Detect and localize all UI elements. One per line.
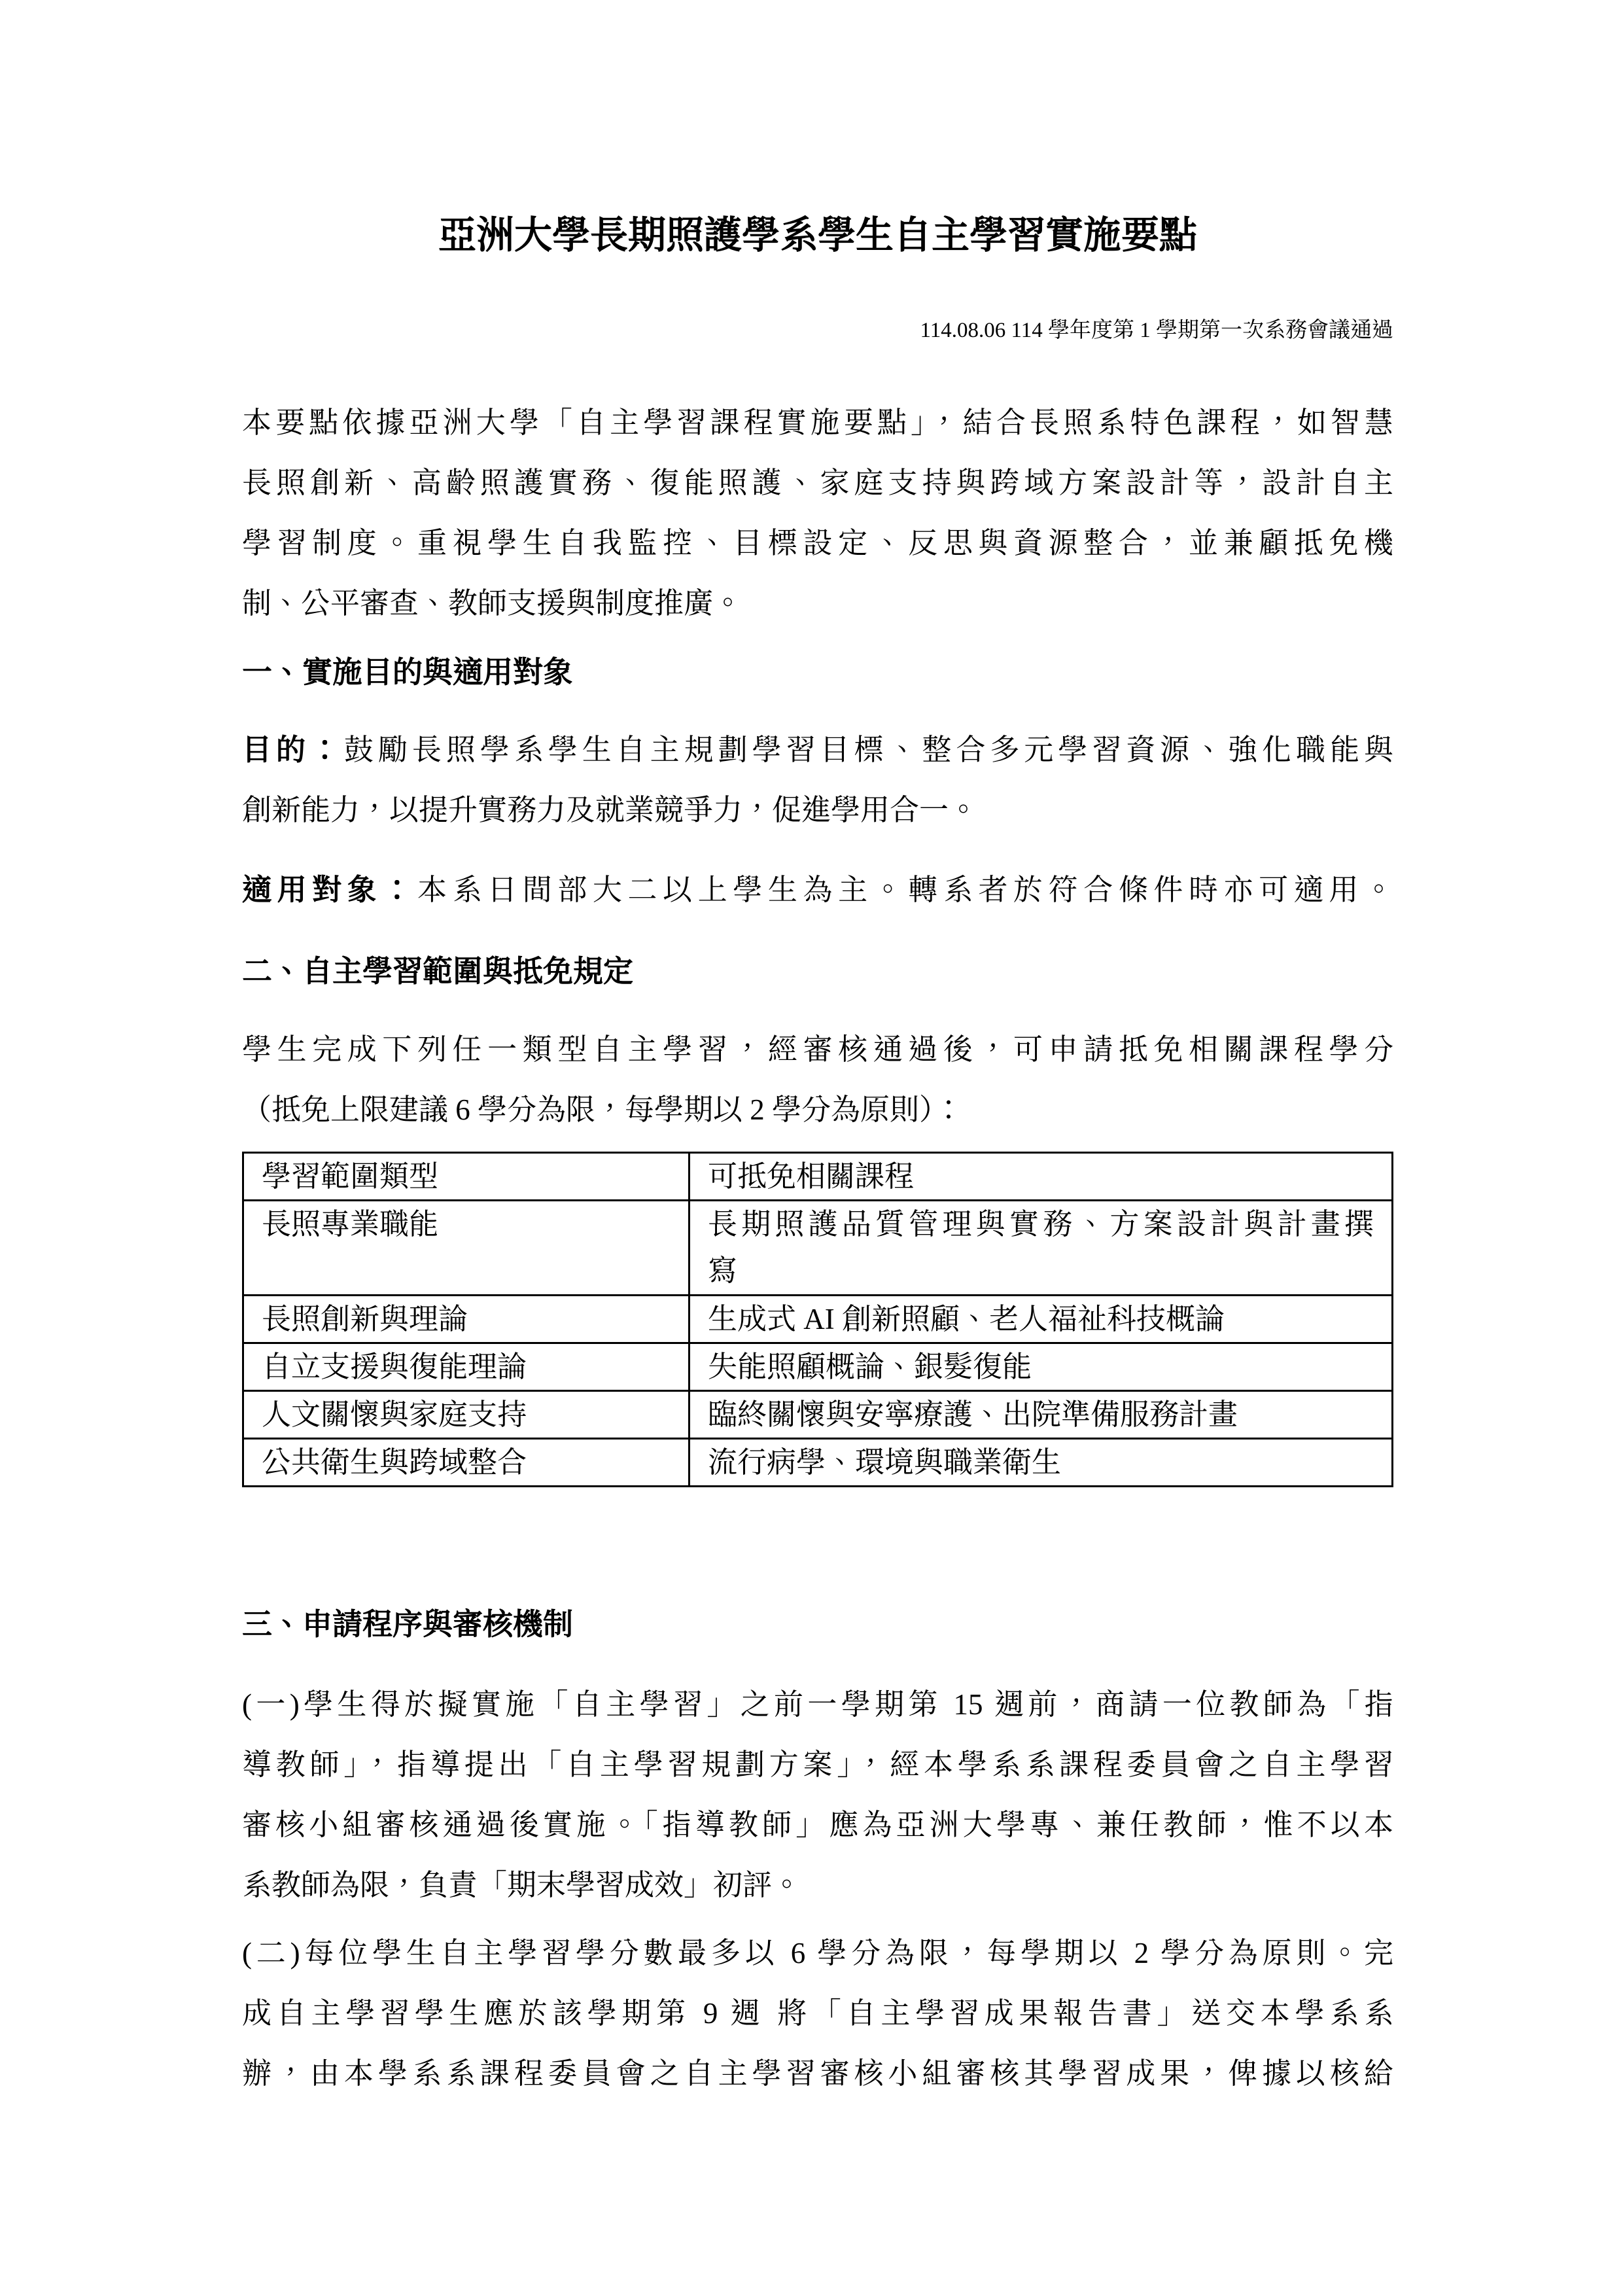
cell-type: 長照創新與理論 bbox=[243, 1296, 689, 1343]
table-row: 長照創新與理論 生成式 AI 創新照顧、老人福祉科技概論 bbox=[243, 1296, 1393, 1343]
cell-courses: 流行病學、環境與職業衛生 bbox=[689, 1439, 1393, 1487]
intro-paragraph: 本要點依據亞洲大學「自主學習課程實施要點」，結合長照系特色課程，如智慧 長照創新… bbox=[242, 393, 1393, 633]
cell-courses: 失能照顧概論、銀髮復能 bbox=[689, 1343, 1393, 1391]
purpose-label: 目的： bbox=[242, 733, 344, 766]
procedure-2-line-2: 成自主學習學生應於該學期第 9 週 將「自主學習成果報告書」送交本學系系 bbox=[242, 1983, 1393, 2043]
intro-line-1: 本要點依據亞洲大學「自主學習課程實施要點」，結合長照系特色課程，如智慧 bbox=[242, 393, 1393, 453]
scope-line-2: （抵免上限建議 6 學分為限，每學期以 2 學分為原則）： bbox=[242, 1080, 1393, 1140]
cell-type: 人文關懷與家庭支持 bbox=[243, 1391, 689, 1439]
section-1-heading: 一、實施目的與適用對象 bbox=[242, 653, 1393, 692]
procedure-paragraph-2: (二)每位學生自主學習學分數最多以 6 學分為限，每學期以 2 學分為原則。完 … bbox=[242, 1923, 1393, 2104]
cell-type: 公共衛生與跨域整合 bbox=[243, 1439, 689, 1487]
purpose-line-1: 目的：鼓勵長照學系學生自主規劃學習目標、整合多元學習資源、強化職能與 bbox=[242, 720, 1393, 780]
purpose-line-2: 創新能力，以提升實務力及就業競爭力，促進學用合一。 bbox=[242, 780, 1393, 840]
header-cell-type: 學習範圍類型 bbox=[243, 1153, 689, 1201]
table-row: 公共衛生與跨域整合 流行病學、環境與職業衛生 bbox=[243, 1439, 1393, 1487]
table-row: 自立支援與復能理論 失能照顧概論、銀髮復能 bbox=[243, 1343, 1393, 1391]
table-row: 長照專業職能 長期照護品質管理與實務、方案設計與計畫撰 寫 bbox=[243, 1201, 1393, 1296]
target-line: 適用對象：本系日間部大二以上學生為主。轉系者於符合條件時亦可適用。 bbox=[242, 860, 1393, 920]
intro-line-3: 學習制度。重視學生自我監控、目標設定、反思與資源整合，並兼顧抵免機 bbox=[242, 513, 1393, 573]
table-header-row: 學習範圍類型 可抵免相關課程 bbox=[243, 1153, 1393, 1201]
procedure-2-line-1: (二)每位學生自主學習學分數最多以 6 學分為限，每學期以 2 學分為原則。完 bbox=[242, 1923, 1393, 1983]
procedure-2-line-3: 辦，由本學系系課程委員會之自主學習審核小組審核其學習成果，俾據以核給 bbox=[242, 2043, 1393, 2104]
cell-courses: 長期照護品質管理與實務、方案設計與計畫撰 寫 bbox=[689, 1201, 1393, 1296]
approval-note: 114.08.06 114 學年度第 1 學期第一次系務會議通過 bbox=[242, 317, 1393, 344]
procedure-1-line-3: 審核小組審核通過後實施。「指導教師」應為亞洲大學專、兼任教師，惟不以本 bbox=[242, 1795, 1393, 1855]
scope-paragraph: 學生完成下列任一類型自主學習，經審核通過後，可申請抵免相關課程學分 （抵免上限建… bbox=[242, 1019, 1393, 1140]
target-text: 本系日間部大二以上學生為主。轉系者於符合條件時亦可適用。 bbox=[417, 874, 1393, 906]
cell-courses: 臨終關懷與安寧療護、出院準備服務計畫 bbox=[689, 1391, 1393, 1439]
document-title: 亞洲大學長期照護學系學生自主學習實施要點 bbox=[242, 216, 1393, 255]
document-page: 亞洲大學長期照護學系學生自主學習實施要點 114.08.06 114 學年度第 … bbox=[0, 0, 1623, 2296]
header-cell-courses: 可抵免相關課程 bbox=[689, 1153, 1393, 1201]
target-paragraph: 適用對象：本系日間部大二以上學生為主。轉系者於符合條件時亦可適用。 bbox=[242, 860, 1393, 920]
procedure-1-line-4: 系教師為限，負責「期末學習成效」初評。 bbox=[242, 1855, 1393, 1915]
cell-type: 自立支援與復能理論 bbox=[243, 1343, 689, 1391]
section-2-heading: 二、自主學習範圍與抵免規定 bbox=[242, 952, 1393, 991]
target-label: 適用對象： bbox=[242, 874, 417, 906]
purpose-paragraph: 目的：鼓勵長照學系學生自主規劃學習目標、整合多元學習資源、強化職能與 創新能力，… bbox=[242, 720, 1393, 840]
purpose-text-1: 鼓勵長照學系學生自主規劃學習目標、整合多元學習資源、強化職能與 bbox=[344, 733, 1393, 766]
procedure-1-line-1: (一)學生得於擬實施「自主學習」之前一學期第 15 週前，商請一位教師為「指 bbox=[242, 1674, 1393, 1735]
table-row: 人文關懷與家庭支持 臨終關懷與安寧療護、出院準備服務計畫 bbox=[243, 1391, 1393, 1439]
section-3-heading: 三、申請程序與審核機制 bbox=[242, 1605, 1393, 1644]
cell-courses-line-1: 長期照護品質管理與實務、方案設計與計畫撰 bbox=[708, 1201, 1374, 1248]
cell-type: 長照專業職能 bbox=[243, 1201, 689, 1296]
cell-courses-line-2: 寫 bbox=[708, 1248, 1374, 1294]
scope-line-1: 學生完成下列任一類型自主學習，經審核通過後，可申請抵免相關課程學分 bbox=[242, 1019, 1393, 1080]
credit-exemption-table: 學習範圍類型 可抵免相關課程 長照專業職能 長期照護品質管理與實務、方案設計與計… bbox=[242, 1152, 1393, 1487]
procedure-paragraph-1: (一)學生得於擬實施「自主學習」之前一學期第 15 週前，商請一位教師為「指 導… bbox=[242, 1674, 1393, 1915]
cell-courses: 生成式 AI 創新照顧、老人福祉科技概論 bbox=[689, 1296, 1393, 1343]
intro-line-2: 長照創新、高齡照護實務、復能照護、家庭支持與跨域方案設計等，設計自主 bbox=[242, 453, 1393, 513]
intro-line-4: 制、公平審查、教師支援與制度推廣。 bbox=[242, 573, 1393, 633]
procedure-1-line-2: 導教師」，指導提出「自主學習規劃方案」，經本學系系課程委員會之自主學習 bbox=[242, 1735, 1393, 1795]
